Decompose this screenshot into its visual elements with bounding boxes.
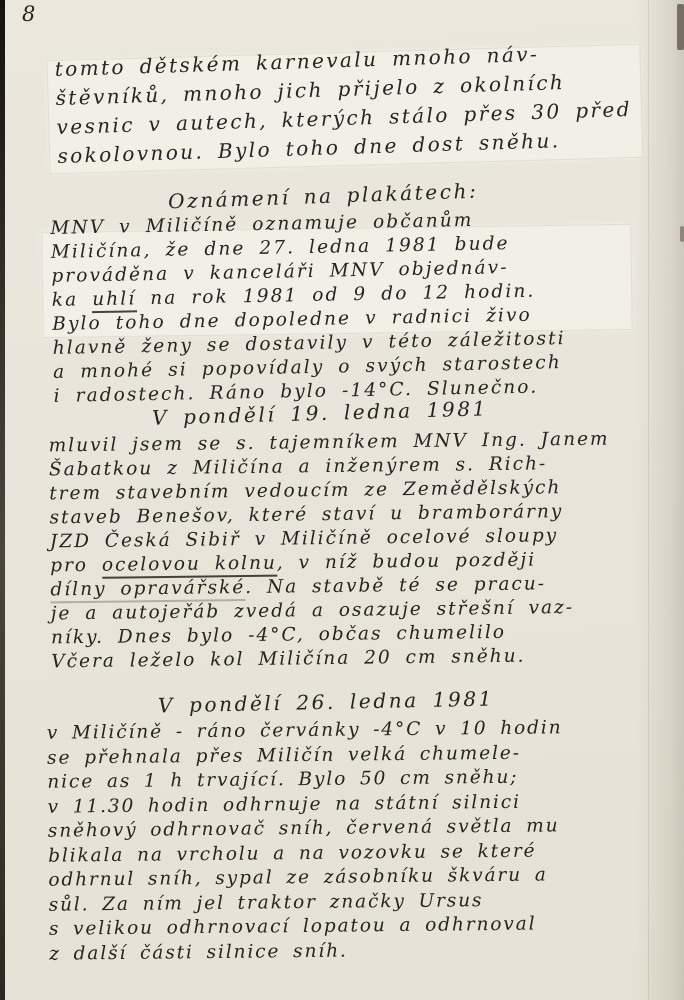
scanned-chronicle-page: 8 tomto dětském karnevalu mnoho náv- ště… bbox=[0, 0, 684, 1000]
text-segment: , v níž budou později bbox=[277, 549, 537, 573]
text-segment: ka bbox=[52, 289, 93, 311]
section-heading-posters: Oznámení na plakátech: bbox=[168, 179, 479, 214]
paragraph-snowstorm: v Miličíně - ráno červánky -4°C v 10 hod… bbox=[47, 716, 565, 966]
book-binding-edge bbox=[0, 0, 5, 1000]
underlined-word-uhli: uhlí bbox=[92, 288, 137, 313]
text-line: z další části silnice sníh. bbox=[49, 937, 565, 967]
page-number: 8 bbox=[22, 2, 35, 26]
paragraph-coal-announcement: MNV v Miličíně oznamuje občanům Miličína… bbox=[50, 207, 567, 409]
section-heading-monday-26: V pondělí 26. ledna 1981 bbox=[158, 686, 494, 717]
scan-speck bbox=[677, 4, 684, 50]
page-curvature-shadow bbox=[636, 0, 684, 1000]
paragraph-carnival: tomto dětském karnevalu mnoho náv- štěvn… bbox=[54, 37, 633, 171]
paragraph-construction: mluvil jsem se s. tajemníkem MNV Ing. Ja… bbox=[49, 428, 613, 675]
scan-speck bbox=[680, 226, 684, 242]
text-segment: . Na stavbě té se pracu- bbox=[245, 573, 546, 598]
underlined-phrase-ocelovou-kolnu: ocelovou kolnu bbox=[102, 553, 277, 579]
text-segment: pro bbox=[50, 555, 102, 577]
